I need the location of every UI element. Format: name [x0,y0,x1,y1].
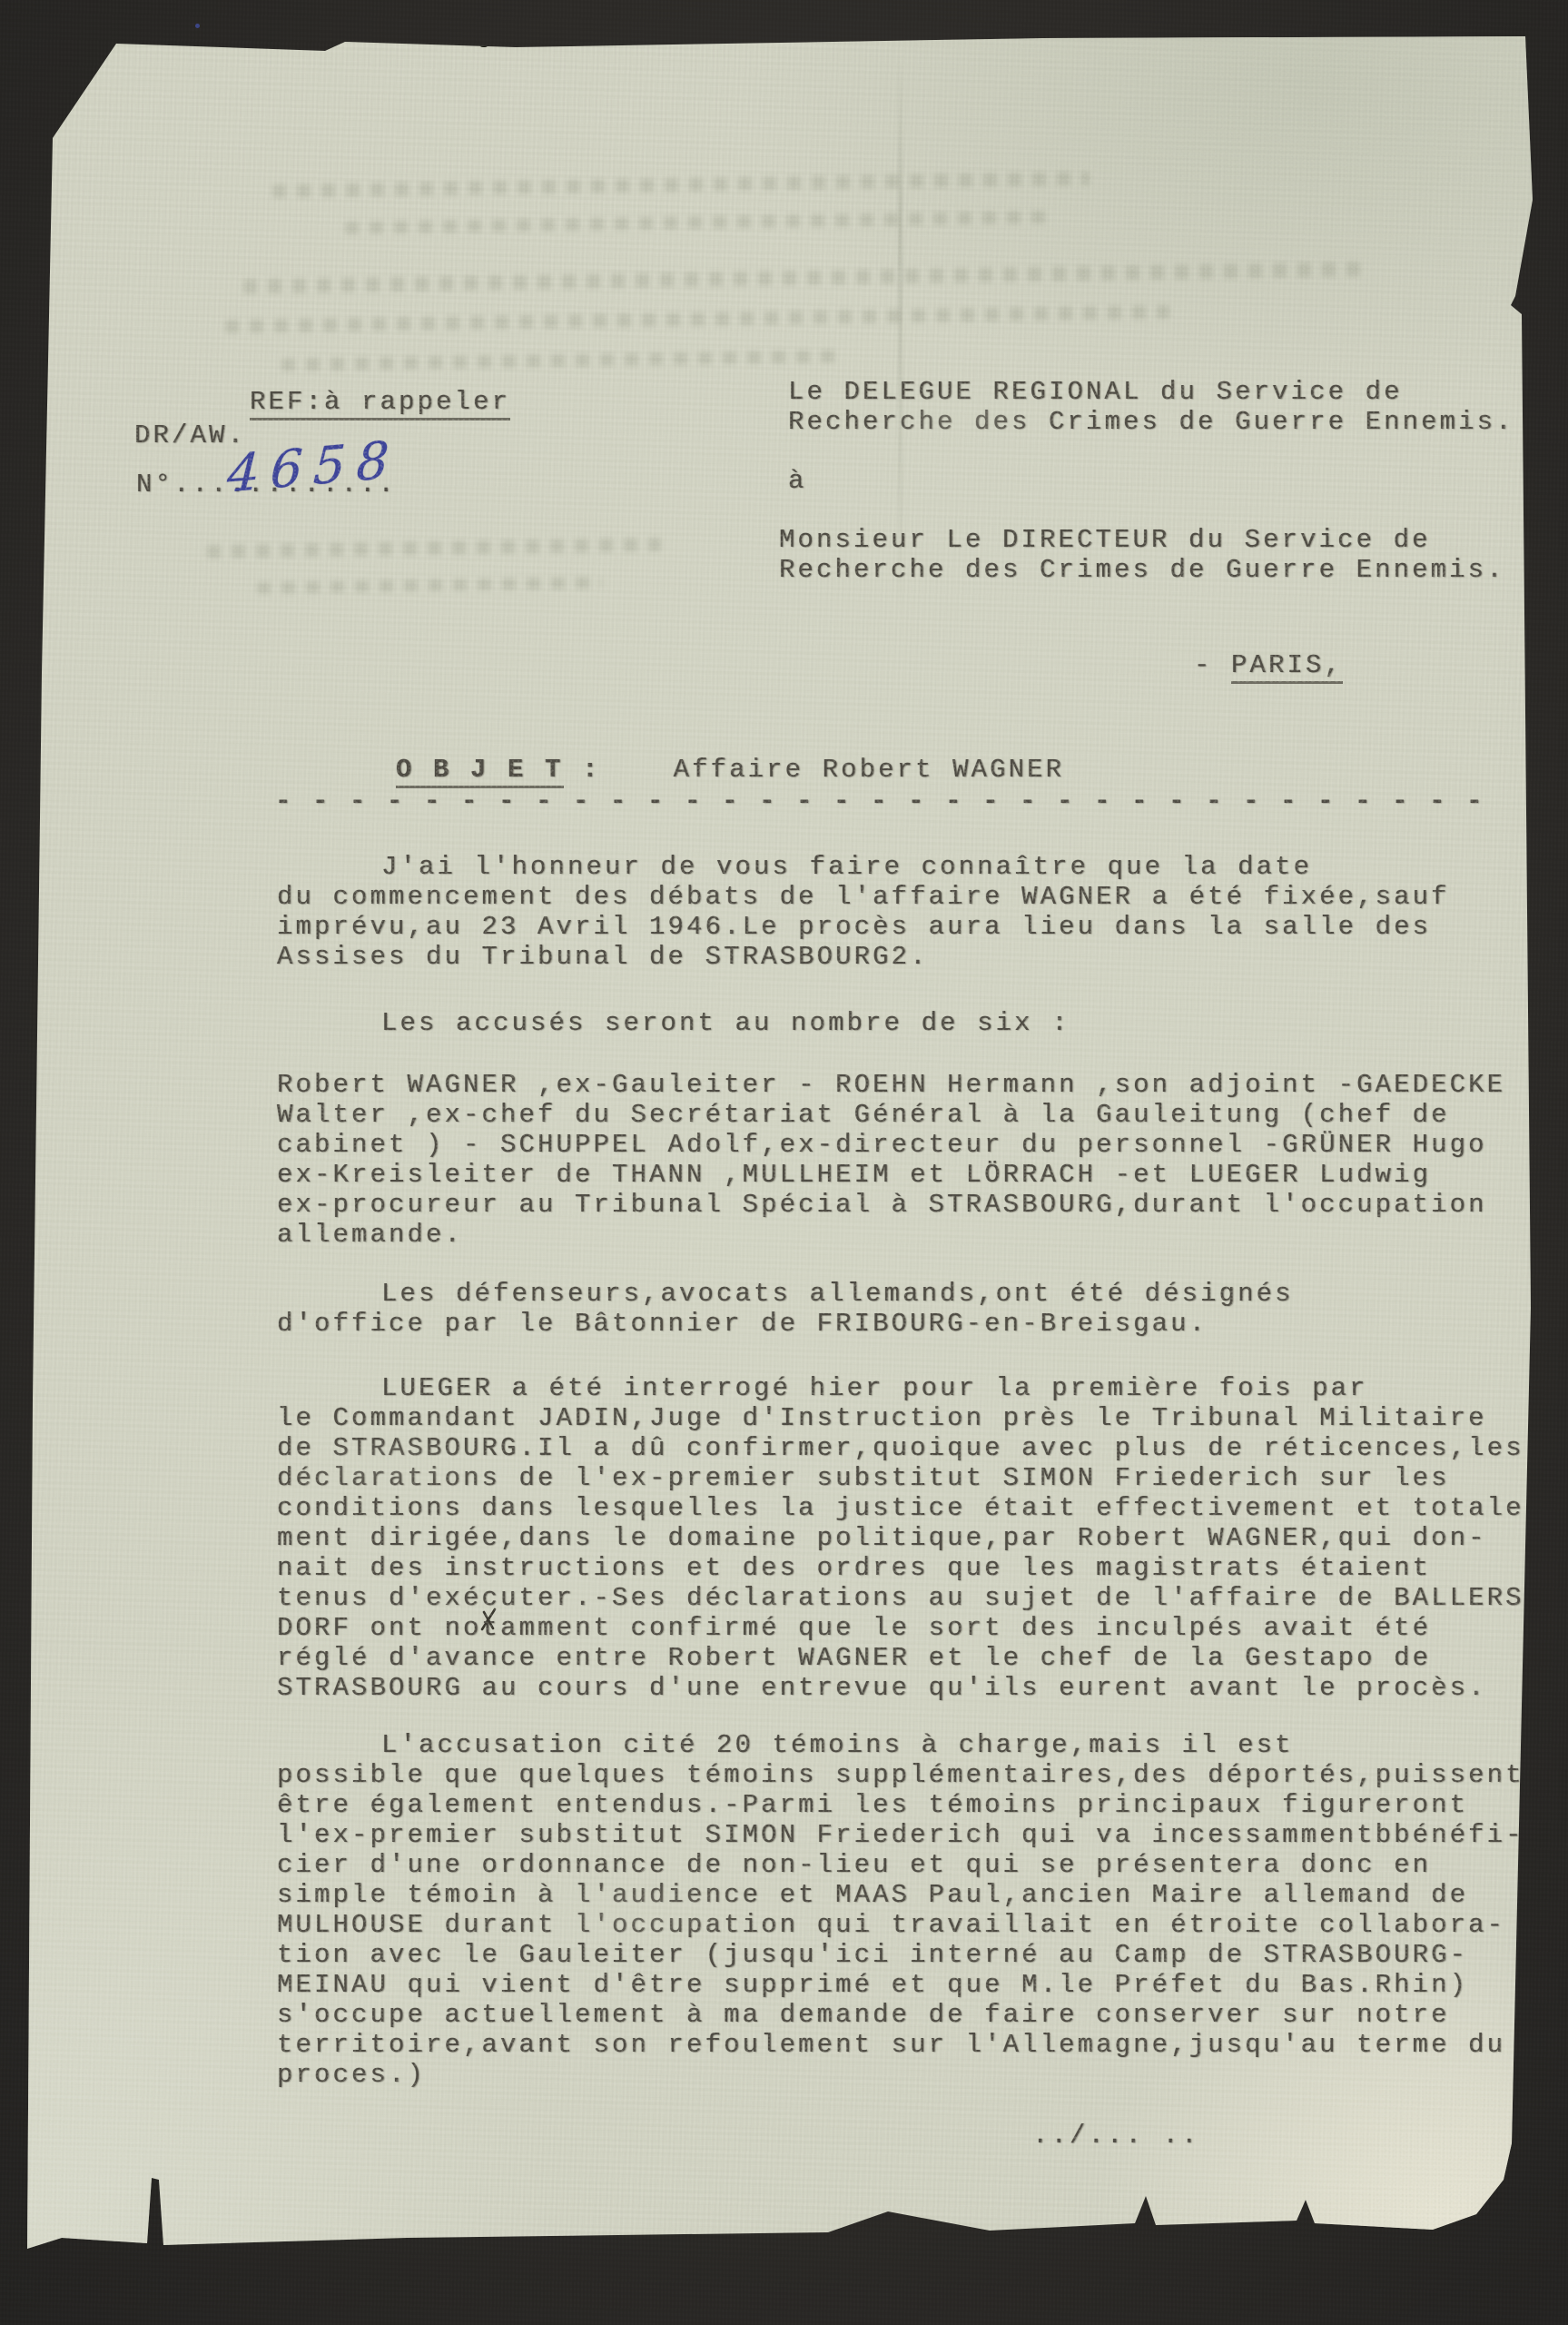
addressee-a-label: à [788,466,807,496]
recipient-block: Monsieur Le DIRECTEUR du Service de Rech… [779,525,1505,585]
handwritten-strike-mark [479,1608,499,1636]
ref-line-text: REF:à rappeler [250,387,510,420]
objet-value: Affaire Robert WAGNER [674,755,1065,785]
city-line: - PARIS, [1082,620,1343,710]
bleed-through-smudge [257,577,602,594]
paragraph-defenders: Les défenseurs,avocats allemands,ont été… [277,1279,1548,1339]
continuation-mark: ../... .. [1032,2121,1200,2151]
bleed-through-smudge [225,305,1169,333]
objet-label: O B J E T [396,755,564,788]
ink-fleck [195,24,200,28]
bleed-through-smudge [345,211,1053,234]
paper-speck [479,42,488,47]
bleed-through-smudge [272,172,1090,198]
document-page: REF:à rappeler DR/AW. N°............ 465… [25,36,1538,2269]
paragraph-trial-date: J'ai l'honneur de vous faire connaître q… [277,852,1548,972]
strike-mark-glyph [479,1608,499,1631]
objet-colon: : [564,755,601,785]
sender-block: Le DELEGUE REGIONAL du Service de Recher… [788,377,1514,437]
paragraph-lueger-interrogation: LUEGER a été interrogé hier pour la prem… [277,1373,1557,1703]
paragraph-accused-list: Robert WAGNER ,ex-Gauleiter - ROEHN Herm… [277,1070,1568,1250]
dashed-separator: - - - - - - - - - - - - - - - - - - - - … [275,787,1504,816]
bleed-through-smudge [207,538,661,559]
scan-background: REF:à rappeler DR/AW. N°............ 465… [0,0,1568,2325]
city-dash: - [1194,650,1231,680]
city-name: PARIS, [1231,650,1343,684]
bleed-through-smudge [243,262,1360,293]
paragraph-witnesses: L'accusation cité 20 témoins à charge,ma… [277,1730,1557,2090]
paper-speck [318,39,333,48]
paragraph-accused-intro: Les accusés seront au nombre de six : [277,1008,1548,1038]
